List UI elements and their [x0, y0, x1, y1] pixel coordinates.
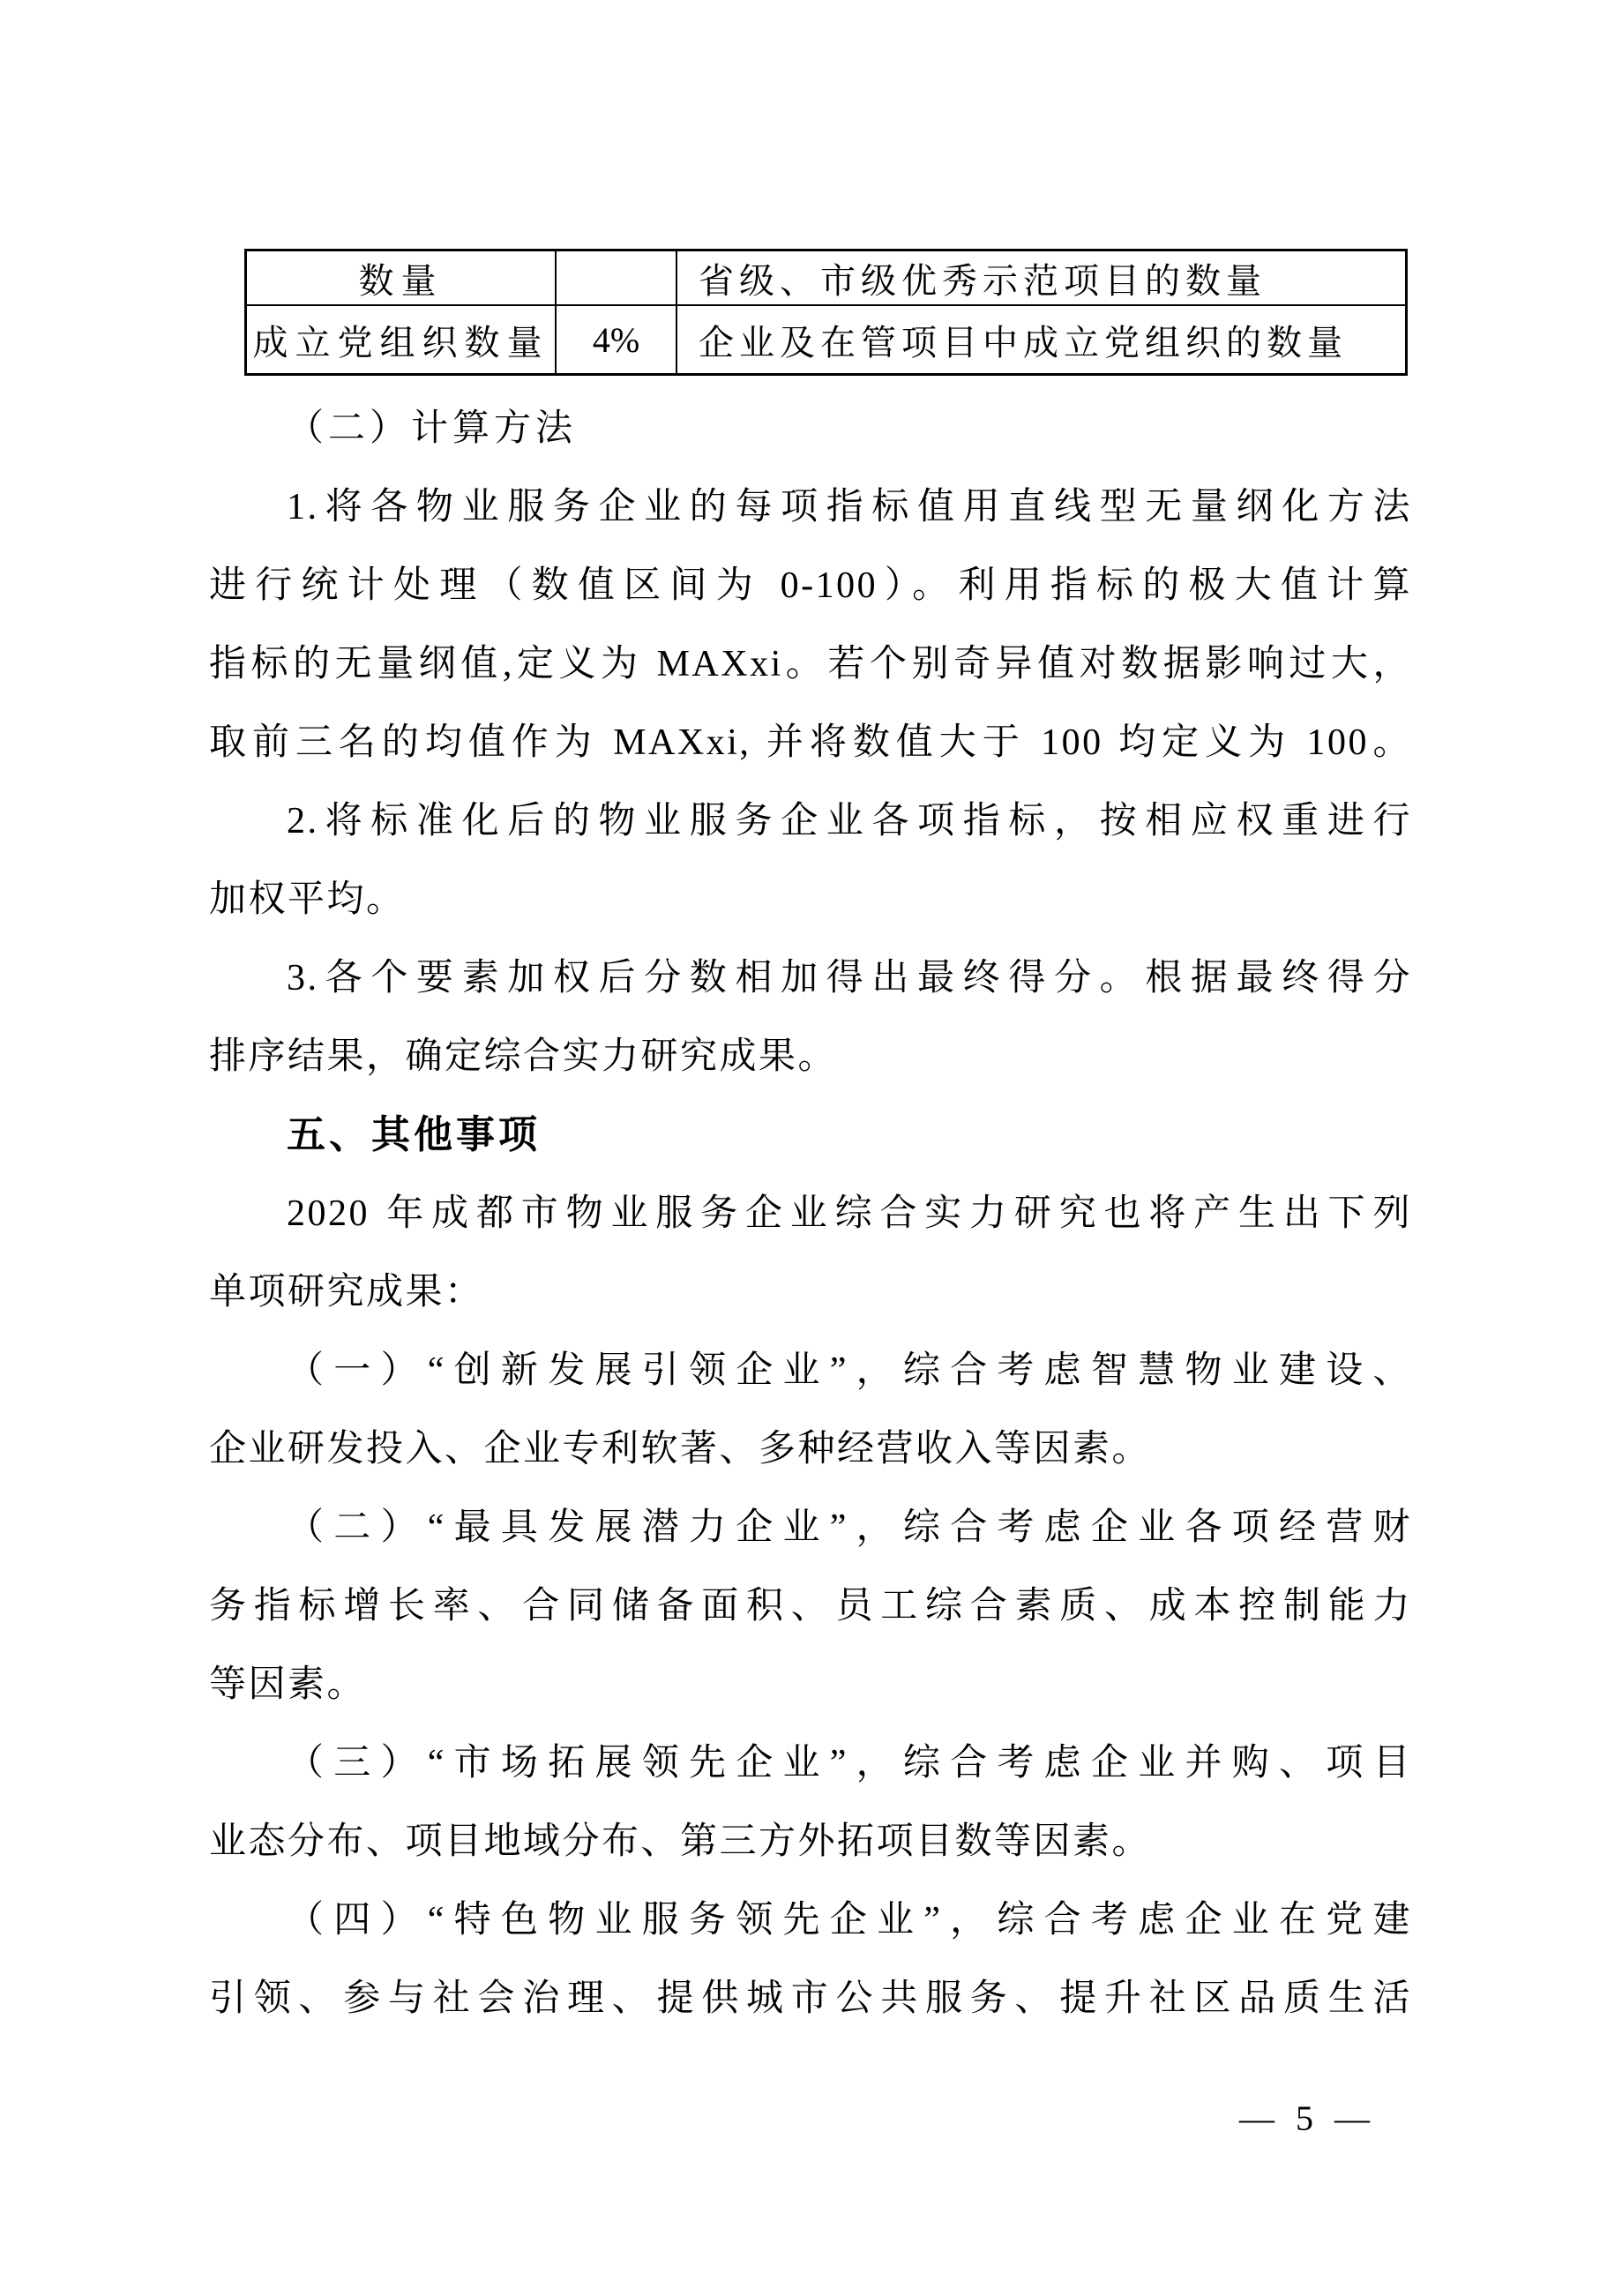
body-line: 业态分布、项目地域分布、第三方外拓项目数等因素。 [209, 1815, 1412, 1894]
table-weight-cell: 4% [556, 305, 676, 375]
body-line: 3.各个要素加权后分数相加得出最终得分。根据最终得分 [209, 952, 1412, 1030]
body-line: 引领、参与社会治理、提供城市公共服务、提升社区品质生活 [209, 1972, 1412, 2051]
body-line: 排序结果，确定综合实力研究成果。 [209, 1030, 1412, 1109]
section-heading-calculation-method: （二）计算方法 [209, 402, 1412, 481]
page-number: — 5 — [1226, 2098, 1385, 2139]
table-indicator-cell: 成立党组织数量 [246, 305, 557, 375]
body-line: （一）“创新发展引领企业”，综合考虑智慧物业建设、 [209, 1344, 1412, 1423]
table-indicator-cell: 数量 [246, 251, 557, 306]
body-line: 务指标增长率、合同储备面积、员工综合素质、成本控制能力 [209, 1580, 1412, 1658]
document-body: （二）计算方法 1.将各物业服务企业的每项指标值用直线型无量纲化方法 进行统计处… [209, 402, 1412, 2051]
indicator-weight-table: 数量 省级、市级优秀示范项目的数量 成立党组织数量 4% 企业及在管项目中成立党… [244, 249, 1408, 376]
table-row: 成立党组织数量 4% 企业及在管项目中成立党组织的数量 [246, 305, 1407, 375]
body-line: （四）“特色物业服务领先企业”，综合考虑企业在党建 [209, 1894, 1412, 1972]
section-heading-other-matters: 五、其他事项 [209, 1109, 1412, 1187]
body-line: （三）“市场拓展领先企业”，综合考虑企业并购、项目 [209, 1737, 1412, 1815]
document-page: 数量 省级、市级优秀示范项目的数量 成立党组织数量 4% 企业及在管项目中成立党… [0, 0, 1622, 2296]
table-weight-cell [556, 251, 676, 306]
body-line: 加权平均。 [209, 873, 1412, 952]
body-line: 1.将各物业服务企业的每项指标值用直线型无量纲化方法 [209, 481, 1412, 559]
table-description-cell: 省级、市级优秀示范项目的数量 [676, 251, 1407, 306]
table-description-cell: 企业及在管项目中成立党组织的数量 [676, 305, 1407, 375]
body-line: （二）“最具发展潜力企业”，综合考虑企业各项经营财 [209, 1501, 1412, 1580]
body-line: 进行统计处理（数值区间为 0-100）。利用指标的极大值计算 [209, 559, 1412, 638]
table-row: 数量 省级、市级优秀示范项目的数量 [246, 251, 1407, 306]
body-line: 2020 年成都市物业服务企业综合实力研究也将产生出下列 [209, 1187, 1412, 1266]
body-line: 等因素。 [209, 1658, 1412, 1737]
body-line: 取前三名的均值作为 MAXxi, 并将数值大于 100 均定义为 100。 [209, 716, 1412, 795]
body-line: 单项研究成果： [209, 1266, 1412, 1344]
body-line: 指标的无量纲值,定义为 MAXxi。若个别奇异值对数据影响过大， [209, 638, 1412, 716]
body-line: 2.将标准化后的物业服务企业各项指标，按相应权重进行 [209, 795, 1412, 873]
body-line: 企业研发投入、企业专利软著、多种经营收入等因素。 [209, 1423, 1412, 1501]
